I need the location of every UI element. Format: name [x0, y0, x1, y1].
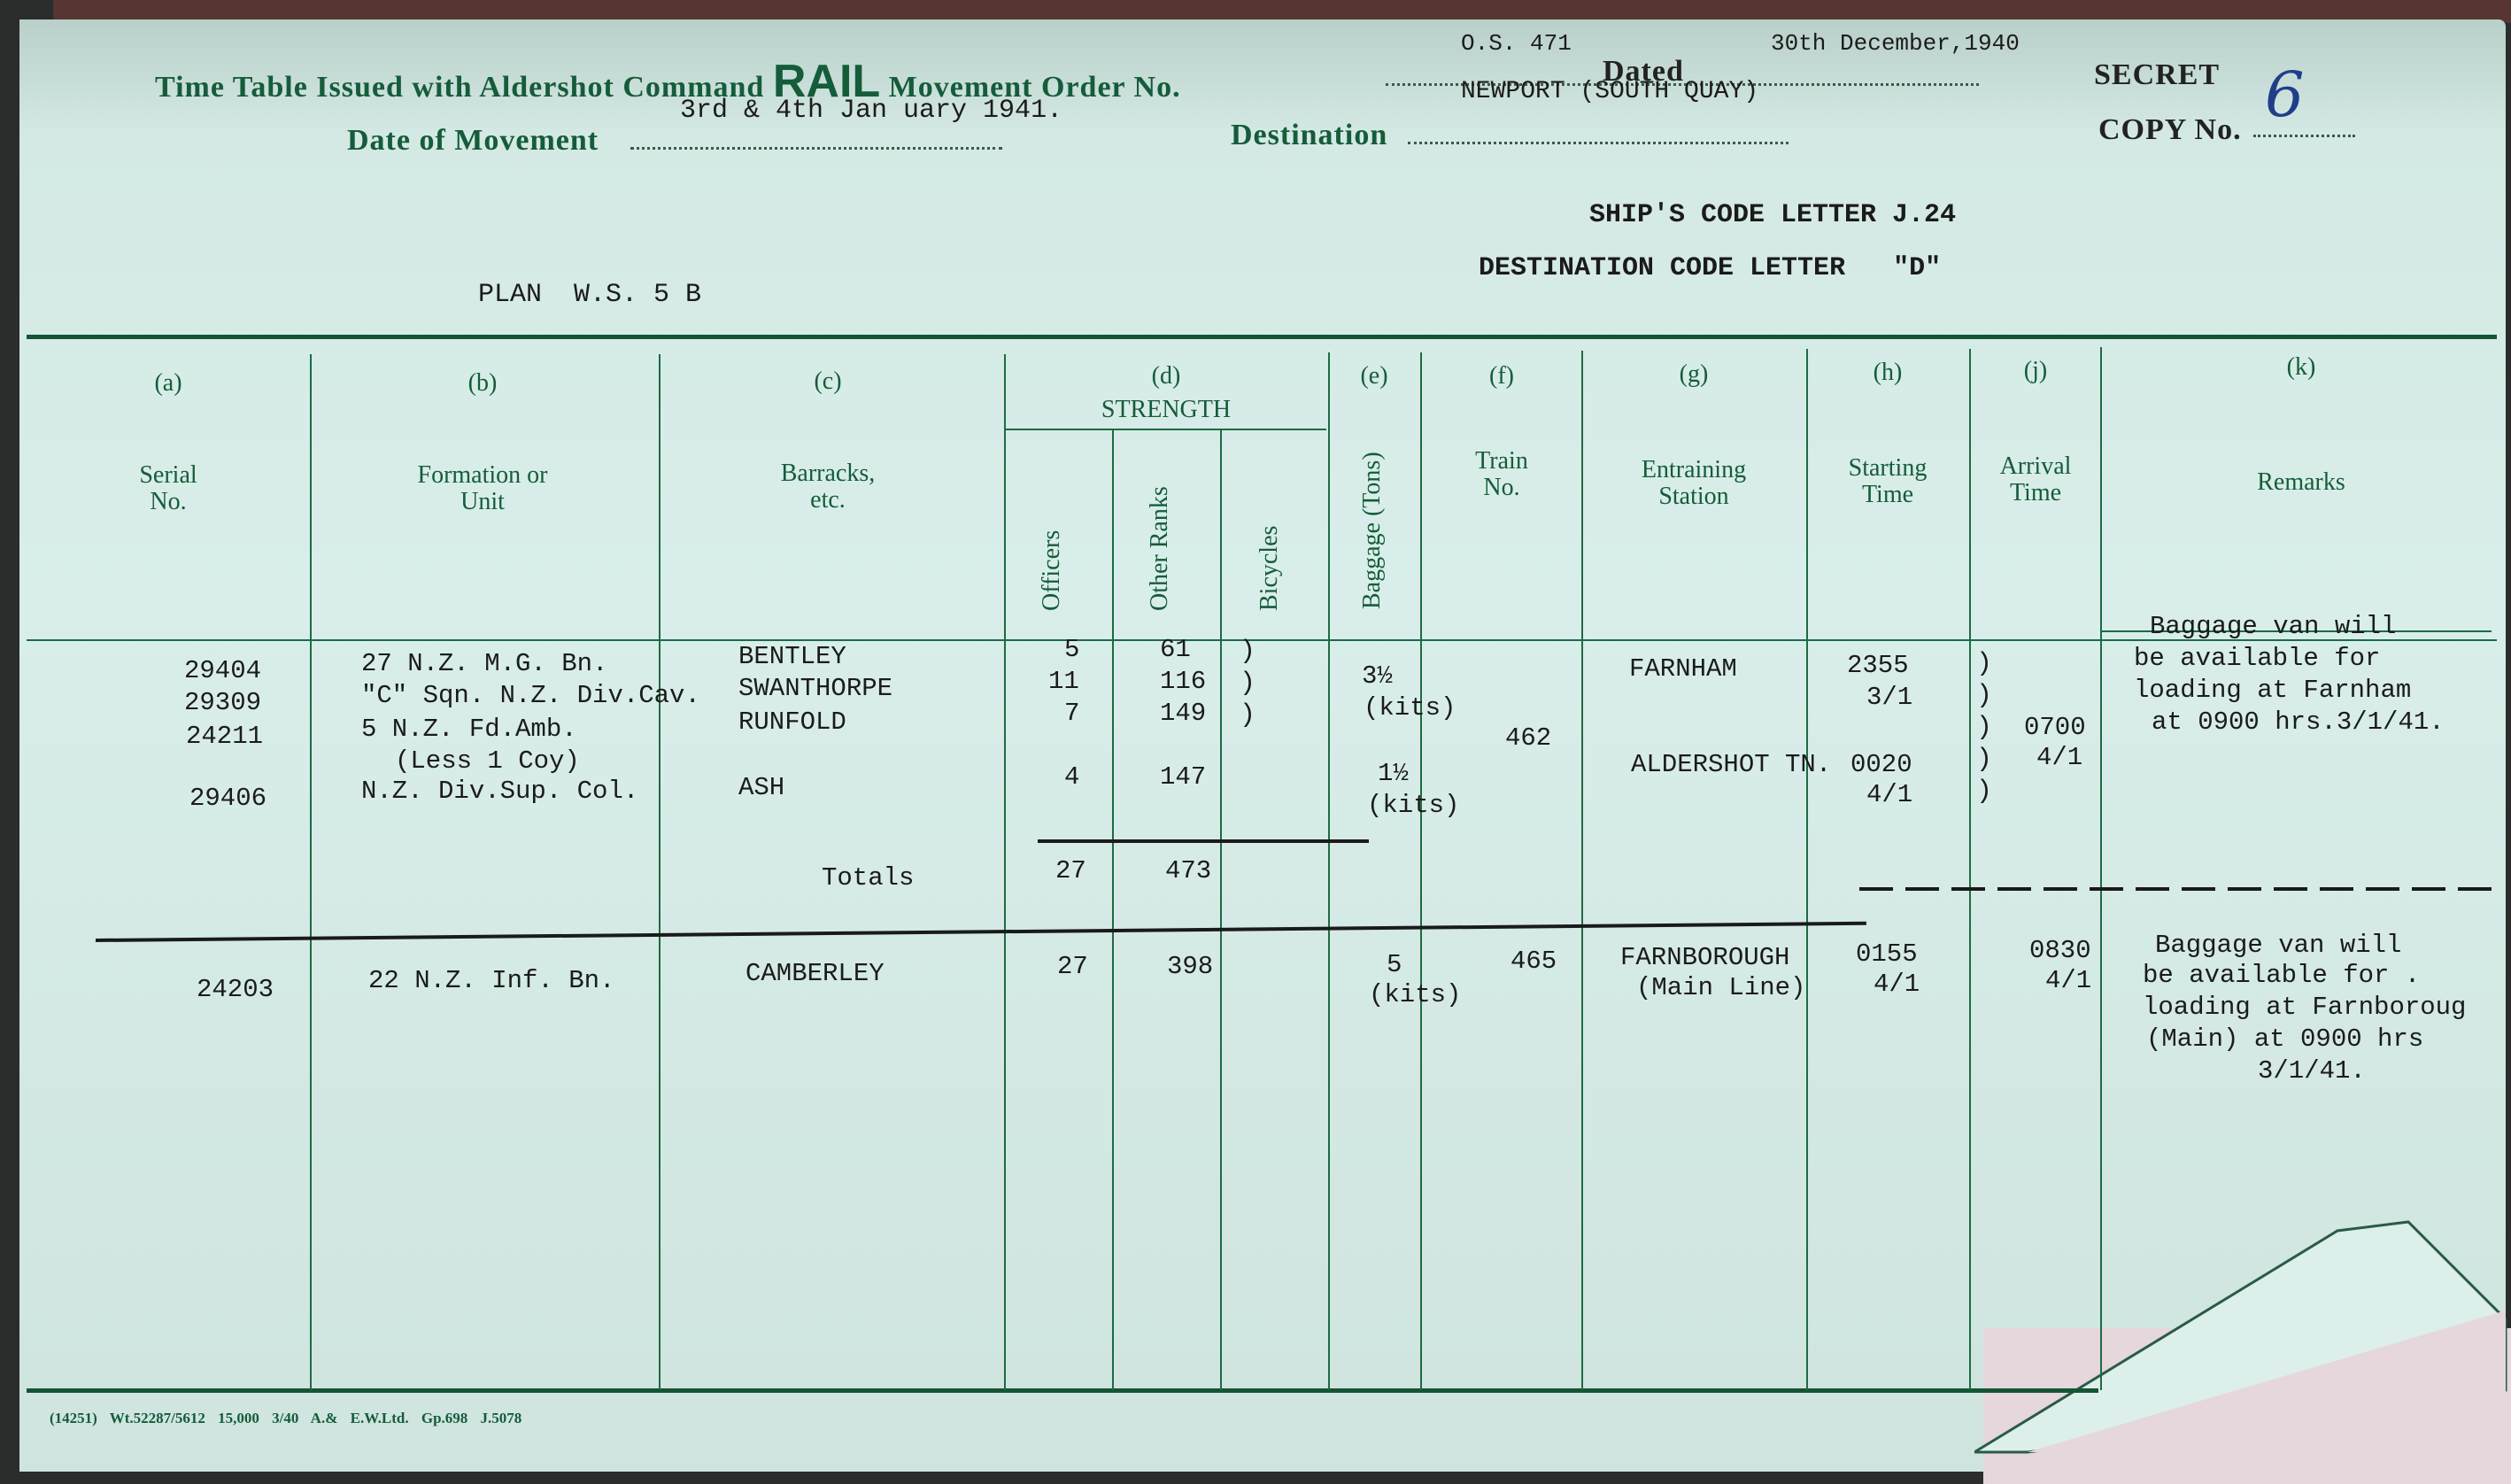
unit-cell: "C" Sqn. N.Z. Div.Cav. — [361, 680, 700, 712]
col-rule-c — [659, 354, 661, 1390]
date-of-movement-label: Date of Movement — [347, 124, 599, 158]
col-j-letter: (j) — [1971, 358, 2100, 384]
col-d-officers: Officers — [1038, 522, 1066, 611]
col-e-letter: (e) — [1330, 363, 1418, 390]
station-cell: FARNHAM — [1629, 653, 1737, 685]
unit-cell: 22 N.Z. Inf. Bn. — [368, 965, 614, 997]
totals-label: Totals — [822, 862, 914, 894]
col-d-letter: (d) — [1006, 363, 1326, 390]
officers-cell: 27 — [1057, 951, 1088, 983]
arrival-time-cell: 0700 — [2024, 712, 2086, 744]
baggage-cell: 3½ — [1362, 661, 1393, 692]
remarks-line: (Main) at 0900 hrs — [2146, 1024, 2423, 1055]
col-rule-e — [1328, 352, 1330, 1390]
col-f-label: Train No. — [1422, 448, 1581, 501]
officers-cell: 7 — [1064, 698, 1079, 730]
title-prefix: Time Table Issued with Aldershot Command — [155, 71, 764, 104]
start-date-cell: 4/1 — [1866, 779, 1912, 811]
station-cell: ALDERSHOT TN. — [1631, 749, 1831, 781]
col-c-letter: (c) — [708, 368, 947, 395]
order-no-value[interactable]: O.S. 471 — [1461, 30, 1572, 57]
col-rule-k — [2100, 347, 2102, 1390]
col-g-letter: (g) — [1583, 361, 1804, 388]
baggage-note: (kits) — [1367, 790, 1459, 822]
destination-value[interactable]: NEWPORT (SOUTH QUAY) — [1461, 78, 1758, 105]
copy-no-line — [2253, 135, 2355, 137]
col-j-label: Arrival Time — [1971, 453, 2100, 506]
destination-line — [1408, 142, 1789, 144]
remarks-line: loading at Farnham — [2134, 675, 2411, 707]
folded-corner — [1974, 1213, 2511, 1461]
station-note: (Main Line) — [1636, 972, 1805, 1004]
col-d-other-ranks: Other Ranks — [1146, 460, 1174, 611]
arrival-date-cell: 4/1 — [2045, 965, 2091, 997]
baggage-cell: 5 — [1387, 949, 1402, 981]
col-rule-b — [310, 354, 312, 1390]
col-rule-d3 — [1220, 430, 1222, 1390]
col-k-label: Remarks — [2102, 469, 2500, 496]
remarks-line: be available for . — [2143, 960, 2420, 992]
strength-sub-rule — [1006, 429, 1326, 430]
totals-officers: 27 — [1055, 855, 1086, 887]
col-k-letter: (k) — [2102, 354, 2500, 381]
destination-code-letter: DESTINATION CODE LETTER "D" — [1479, 253, 1941, 283]
table-bottom-rule — [27, 1388, 2098, 1393]
officers-cell: 4 — [1064, 761, 1079, 793]
train-no-cell: 465 — [1510, 946, 1557, 978]
header-bottom-rule — [27, 639, 2497, 641]
table-top-rule — [27, 335, 2497, 339]
secret-label: SECRET — [2094, 58, 2220, 92]
other-ranks-cell: 398 — [1167, 951, 1213, 983]
baggage-note: (kits) — [1369, 979, 1461, 1011]
other-ranks-cell: 147 — [1160, 761, 1206, 793]
remarks-line: 3/1/41. — [2258, 1055, 2366, 1087]
col-rule-d — [1004, 354, 1006, 1390]
train-no-cell: 462 — [1505, 723, 1551, 754]
officers-cell: 5 — [1064, 634, 1079, 666]
col-b-letter: (b) — [354, 370, 611, 397]
ships-code-letter: SHIP'S CODE LETTER J.24 — [1589, 200, 1956, 230]
plan-reference: PLAN W.S. 5 B — [478, 280, 701, 310]
serial-cell: 29309 — [184, 687, 261, 719]
unit-cell: 5 N.Z. Fd.Amb. — [361, 714, 577, 746]
serial-cell: 29406 — [189, 783, 267, 815]
group-separator-dashed — [1859, 887, 2497, 891]
start-time-cell: 0155 — [1856, 939, 1918, 970]
destination-label: Destination — [1231, 119, 1387, 152]
col-d-bicycles: Bicycles — [1255, 512, 1284, 611]
date-of-movement-line — [630, 147, 1002, 150]
start-time-cell: 0020 — [1850, 749, 1912, 781]
serial-cell: 29404 — [184, 655, 261, 687]
bracket-mark: ) — [1240, 668, 1255, 699]
officers-cell: 11 — [1048, 666, 1079, 698]
printer-imprint: (14251) Wt.52287/5612 15,000 3/40 A.& E.… — [50, 1410, 522, 1427]
other-ranks-cell: 149 — [1160, 698, 1206, 730]
bracket-mark: ) — [1240, 636, 1255, 668]
barracks-cell: CAMBERLEY — [746, 958, 885, 990]
remarks-line: Baggage van will — [2155, 930, 2401, 962]
col-d-label: STRENGTH — [1006, 397, 1326, 423]
copy-no-label: COPY No. — [2098, 113, 2242, 147]
col-a-letter: (a) — [89, 370, 248, 397]
other-ranks-cell: 61 — [1160, 634, 1191, 666]
bracket-mark: ) — [1240, 699, 1255, 731]
col-f-letter: (f) — [1422, 363, 1581, 390]
baggage-note: (kits) — [1364, 692, 1456, 724]
barracks-cell: RUNFOLD — [738, 707, 846, 738]
remarks-line: loading at Farnboroug — [2143, 992, 2466, 1024]
col-rule-f — [1420, 352, 1422, 1390]
arrival-time-cell: 0830 — [2029, 935, 2091, 967]
remarks-line: be available for — [2134, 643, 2380, 675]
remarks-line: Baggage van will — [2150, 611, 2396, 643]
barracks-cell: ASH — [738, 772, 784, 804]
copy-no-value[interactable]: 6 — [2265, 58, 2305, 131]
start-time-cell: 2355 — [1847, 650, 1909, 682]
baggage-cell: 1½ — [1378, 758, 1409, 790]
start-date-cell: 4/1 — [1874, 969, 1920, 1001]
col-rule-d2 — [1112, 430, 1114, 1390]
col-e-label: Baggage (Tons) — [1358, 432, 1387, 609]
unit-cell: N.Z. Div.Sup. Col. — [361, 776, 638, 808]
totals-rule — [1038, 839, 1369, 843]
barracks-cell: SWANTHORPE — [738, 673, 892, 705]
station-cell: FARNBOROUGH — [1620, 942, 1789, 974]
unit-cell: 27 N.Z. M.G. Bn. — [361, 648, 607, 680]
col-h-letter: (h) — [1808, 359, 1967, 386]
barracks-cell: BENTLEY — [738, 641, 846, 673]
col-h-label: Starting Time — [1808, 455, 1967, 508]
col-a-label: Serial No. — [89, 462, 248, 515]
col-c-label: Barracks, etc. — [708, 460, 947, 514]
serial-cell: 24211 — [186, 721, 263, 753]
remarks-line: at 0900 hrs.3/1/41. — [2152, 707, 2445, 738]
start-date-cell: 3/1 — [1866, 682, 1912, 714]
arrival-date-cell: 4/1 — [2036, 742, 2082, 774]
unit-note: (Less 1 Coy) — [395, 746, 580, 777]
totals-other-ranks: 473 — [1165, 855, 1211, 887]
other-ranks-cell: 116 — [1160, 666, 1206, 698]
bracket-group: ) ) ) ) ) — [1976, 648, 1992, 808]
serial-cell: 24203 — [197, 974, 274, 1006]
col-g-label: Entraining Station — [1583, 457, 1804, 510]
date-of-movement-value[interactable]: 3rd & 4th Jan uary 1941. — [680, 96, 1062, 126]
col-b-label: Formation or Unit — [354, 462, 611, 515]
dated-value[interactable]: 30th December,1940 — [1771, 30, 2020, 57]
